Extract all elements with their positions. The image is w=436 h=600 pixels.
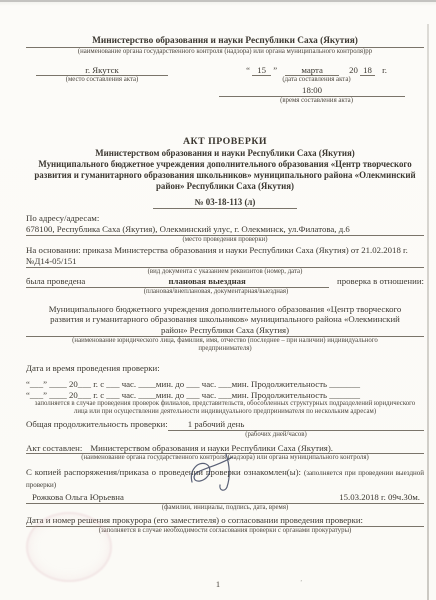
act-title-subject: Муниципального бюджетное учреждения допо… (26, 159, 424, 192)
duration-caption: (рабочих дней/часов) (176, 431, 376, 440)
quote-open: “ (246, 65, 250, 76)
act-date-day: 15 (252, 65, 271, 77)
act-date-caption: (дата составления акта) (209, 76, 424, 85)
address-value: 678100, Республика Саха (Якутия), Олекми… (26, 224, 424, 236)
authority-caption: (наименование органа государственного ко… (26, 48, 424, 57)
conducted-type: плановая выездная (85, 276, 329, 287)
act-date-block: “ 15 ” марта 20 18 г. (дата составления … (209, 65, 424, 106)
act-composed-label: Акт составлен: (26, 443, 82, 454)
datetime-blank-line-1: “___” ____ 20___ г. с ___ час. ____мин. … (26, 379, 424, 390)
act-title-authority: Министерством образования и науки Респуб… (26, 148, 424, 159)
act-title: АКТ ПРОВЕРКИ (26, 135, 424, 148)
signature-caption: (фамилии, инициалы, подпись, дата, время… (26, 504, 424, 513)
conducted-prefix: была проведена (26, 276, 85, 287)
act-date-line: “ 15 ” марта 20 18 г. (209, 65, 424, 77)
datetime-blank-line-2: “___” ____ 20___ г. с ___ час. ____мин. … (26, 390, 424, 401)
familiarization-datetime: 15.03.2018 г. 09ч.30м. (339, 492, 420, 503)
act-place-block: г. Якутск (место составления акта) (26, 65, 209, 106)
act-time-value: 18:00 (219, 85, 405, 97)
basis-text: На основании: приказа Министерства образ… (26, 245, 424, 268)
faint-stamp (26, 512, 112, 582)
act-time-caption: (время составления акта) (209, 97, 424, 106)
doc-number: № 03-18-113 (л) (153, 197, 298, 209)
act-place-value: г. Якутск (36, 65, 168, 77)
familiarized-person-name: Рожкова Ольга Юрьевна (32, 492, 124, 503)
act-date-month: марта (285, 65, 339, 77)
act-place-caption: (место составления акта) (26, 76, 178, 85)
scan-edge-top (0, 0, 436, 2)
basis-block: На основании: приказа Министерства образ… (26, 245, 424, 276)
subject-caption: (наименование юридического лица, фамилия… (26, 337, 424, 354)
act-meta-block: г. Якутск (место составления акта) “ 15 … (26, 65, 424, 106)
title-block: АКТ ПРОВЕРКИ Министерством образования и… (26, 135, 424, 210)
duration-row: Общая продолжительность проверки: 1 рабо… (26, 419, 424, 431)
address-block: По адресу/адресам: 678100, Республика Са… (26, 213, 424, 244)
scanned-document-page: Министерство образования и науки Республ… (0, 0, 436, 600)
familiarization-main-text: С копией распоряжения/приказа о проведен… (26, 467, 301, 477)
conducted-blank: была проведена плановая выездная (26, 276, 329, 288)
basis-caption: (вид документа с указанием реквизитов (н… (26, 268, 424, 277)
subject-name: Муниципального бюджетного учреждения доп… (26, 304, 424, 337)
datetime-label: Дата и время проведения проверки: (26, 363, 424, 374)
conducted-block: была проведена плановая выездная проверк… (26, 276, 424, 296)
act-date-suffix: г. (382, 65, 387, 76)
duration-block: Общая продолжительность проверки: 1 рабо… (26, 419, 424, 439)
duration-value: 1 рабочий день (168, 419, 424, 431)
conducted-row: была проведена плановая выездная проверк… (26, 276, 424, 288)
quote-close: ” (273, 65, 277, 76)
conducted-caption: (плановая/внеплановая, документарная/вые… (96, 288, 336, 297)
act-date-year: 18 (360, 65, 375, 77)
act-date-century: 20 (349, 65, 358, 76)
scan-speck: ’ (300, 579, 302, 587)
conducted-suffix: проверка в отношении: (337, 276, 424, 288)
datetime-block: Дата и время проведения проверки: “___” … (26, 363, 424, 416)
handwritten-signature-icon (182, 452, 254, 499)
authority-title: Министерство образования и науки Республ… (26, 36, 424, 48)
subject-block: Муниципального бюджетного учреждения доп… (26, 304, 424, 354)
address-label: По адресу/адресам: (26, 213, 424, 224)
duration-label: Общая продолжительность проверки: (26, 419, 168, 431)
address-caption: (место проведения проверки) (26, 236, 424, 245)
scan-edge-right (427, 24, 429, 600)
page-number: 1 (0, 579, 436, 589)
datetime-note: заполняется в случае проведения проверок… (26, 400, 424, 416)
